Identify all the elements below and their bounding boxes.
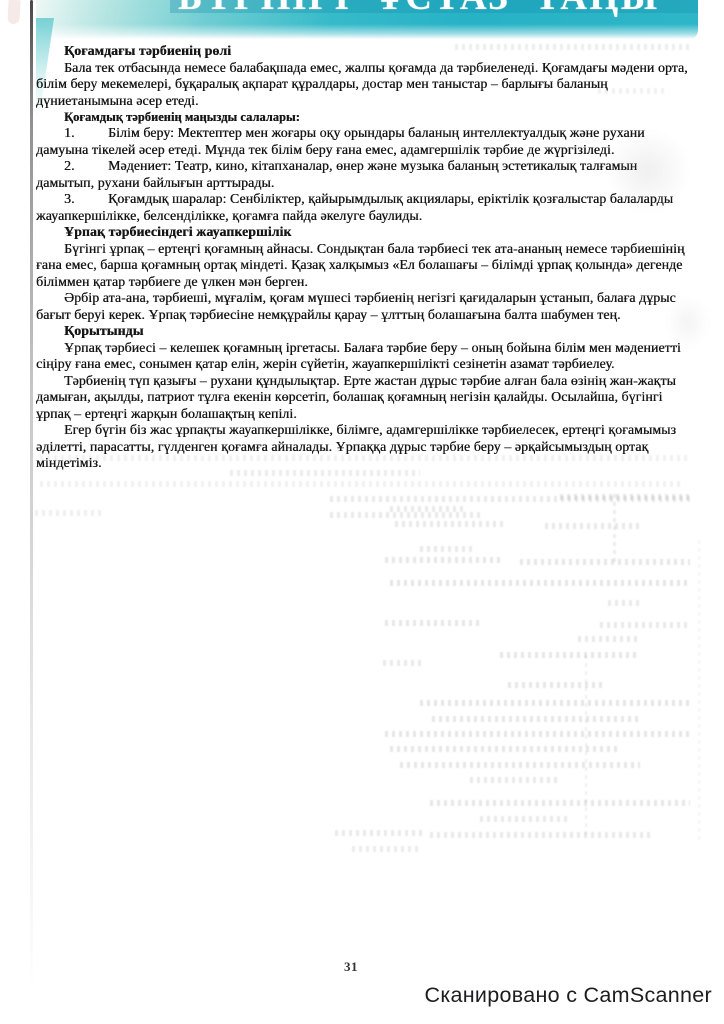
bleed-text-line <box>545 523 640 529</box>
para: Бала тек отбасында немесе балабақшада ем… <box>36 60 692 110</box>
list-number: 1. <box>64 125 108 142</box>
bleed-text-line <box>470 777 560 783</box>
bleed-text-line <box>390 580 690 586</box>
list-text: Мәдениет: Театр, кино, кітапханалар, өне… <box>36 158 637 190</box>
para: Әрбір ата-ана, тәрбиеші, мұғалім, қоғам … <box>36 290 692 323</box>
bleed-text-line <box>432 716 642 722</box>
scan-corner-artifact <box>7 0 20 24</box>
bleed-text-line <box>520 559 690 565</box>
bleed-text-line <box>578 636 638 642</box>
bleed-text-line <box>330 512 480 518</box>
bleed-rule-line <box>613 492 616 562</box>
page-header-banner: БҮГІНГІ ҰСТАЗ ТАҢЫ <box>36 0 698 40</box>
bleed-text-line <box>500 652 640 658</box>
para: Тәрбиенің түп қазығы – рухани құндылықта… <box>36 373 692 423</box>
bleed-text-line <box>40 455 690 461</box>
list-item: 1.Білім беру: Мектептер мен жоғары оқу о… <box>36 125 692 158</box>
bleed-text-line <box>385 731 690 737</box>
document-body: Қоғамдағы тәрбиенің рөліБала тек отбасын… <box>36 43 692 472</box>
subheading: Қоғамдық тәрбиенің маңызды салалары: <box>36 109 692 125</box>
bleed-text-line <box>420 546 475 552</box>
bleed-rule-line <box>585 655 587 835</box>
list-text: Білім беру: Мектептер мен жоғары оқу оры… <box>36 125 645 157</box>
bleed-text-line <box>352 846 422 852</box>
list-number: 3. <box>64 191 108 208</box>
bleed-text-line <box>385 557 500 563</box>
bleed-text-line <box>430 832 650 838</box>
page-edge-shadow <box>30 0 33 992</box>
bleed-text-line <box>383 660 423 666</box>
list-item: 2.Мәдениет: Театр, кино, кітапханалар, ө… <box>36 158 692 191</box>
bleed-text-line <box>508 682 603 688</box>
bleed-text-line <box>335 830 425 836</box>
bleed-text-line <box>420 700 690 706</box>
para: Бүгінгі ұрпақ – ертеңгі қоғамның айнасы.… <box>36 241 692 291</box>
bleed-text-line <box>230 470 420 476</box>
bleed-text-line <box>480 816 570 822</box>
scanned-page: БҮГІНГІ ҰСТАЗ ТАҢЫ Қоғамдағы тәрбиенің р… <box>0 0 724 1024</box>
list-text: Қоғамдық шаралар: Сенбіліктер, қайырымды… <box>36 191 673 223</box>
bleed-text-line <box>40 481 680 487</box>
camscanner-watermark: Сканировано с CamScanner <box>425 983 713 1008</box>
bleed-text-line <box>395 521 505 527</box>
scan-smudge <box>665 295 710 350</box>
list-number: 2. <box>64 158 108 175</box>
bleed-text-line <box>455 44 690 50</box>
bleed-text-line <box>385 620 480 626</box>
bleed-text-line <box>600 622 690 628</box>
para: Егер бүгін біз жас ұрпақты жауапкершілік… <box>36 422 692 472</box>
heading: Қорытынды <box>36 323 692 340</box>
bleed-text-line <box>608 600 643 606</box>
scan-smudge <box>605 128 690 213</box>
bleed-text-line <box>35 510 105 516</box>
page-number: 31 <box>344 959 358 975</box>
bleed-text-line <box>430 800 690 806</box>
bleed-text-line <box>400 762 640 768</box>
page-title: БҮГІНГІ ҰСТАЗ ТАҢЫ <box>178 0 660 19</box>
heading: Ұрпақ тәрбиесіндегі жауапкершілік <box>36 224 692 241</box>
bleed-text-line <box>330 496 690 502</box>
bleed-text-line <box>598 88 668 94</box>
list-item: 3.Қоғамдық шаралар: Сенбіліктер, қайырым… <box>36 191 692 224</box>
bleed-rule-line <box>698 540 700 840</box>
para: Ұрпақ тәрбиесі – келешек қоғамның іргета… <box>36 340 692 373</box>
